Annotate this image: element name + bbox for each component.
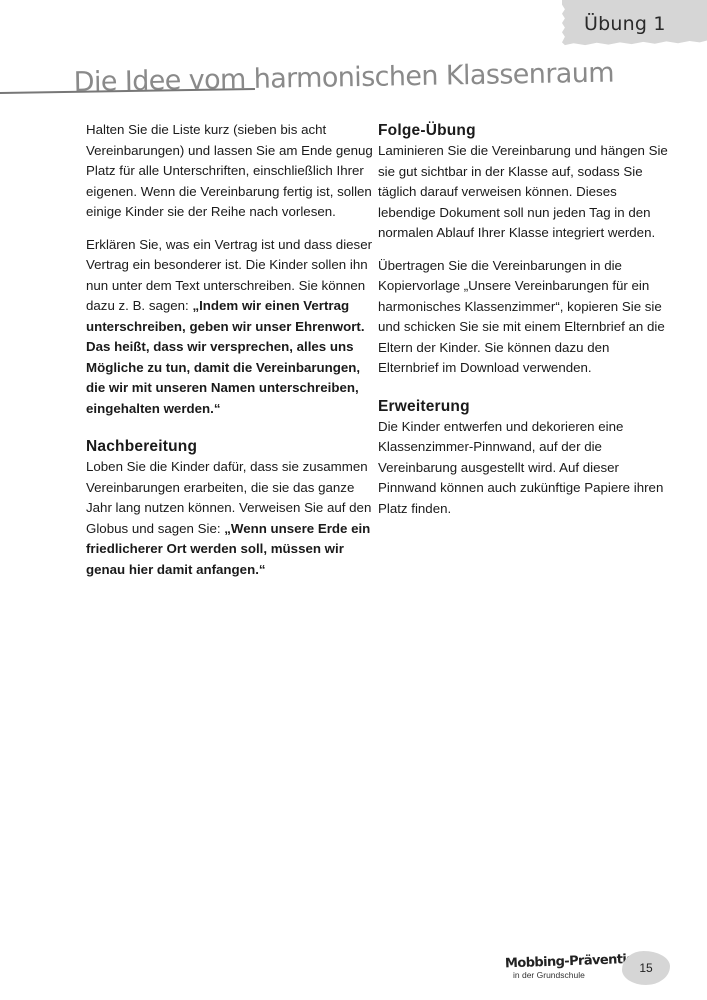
intro-paragraph: Halten Sie die Liste kurz (sieben bis ac… bbox=[86, 120, 376, 223]
folge-paragraph-2: Übertragen Sie die Vereinbarungen in die… bbox=[378, 256, 673, 379]
contract-paragraph: Erklären Sie, was ein Vertrag ist und da… bbox=[86, 235, 376, 420]
exercise-badge: Übung 1 bbox=[562, 0, 707, 46]
page-number: 15 bbox=[622, 951, 670, 985]
page-title: Die Idee vom harmonischen Klassenraum bbox=[73, 58, 614, 98]
folge-paragraph-1: Laminieren Sie die Vereinbarung und häng… bbox=[378, 141, 673, 244]
left-column: Halten Sie die Liste kurz (sieben bis ac… bbox=[86, 120, 376, 592]
section-heading-folge-uebung: Folge-Übung bbox=[378, 121, 673, 141]
exercise-badge-label: Übung 1 bbox=[584, 13, 666, 35]
section-heading-erweiterung: Erweiterung bbox=[378, 397, 673, 417]
erweiterung-paragraph: Die Kinder entwerfen und dekorieren eine… bbox=[378, 417, 673, 520]
section-heading-nachbereitung: Nachbereitung bbox=[86, 437, 376, 457]
right-column: Folge-Übung Laminieren Sie die Vereinbar… bbox=[378, 121, 673, 531]
contract-quote: „Indem wir einen Vertrag unterschreiben,… bbox=[86, 298, 365, 416]
nachbereitung-paragraph: Loben Sie die Kinder dafür, dass sie zus… bbox=[86, 457, 376, 580]
